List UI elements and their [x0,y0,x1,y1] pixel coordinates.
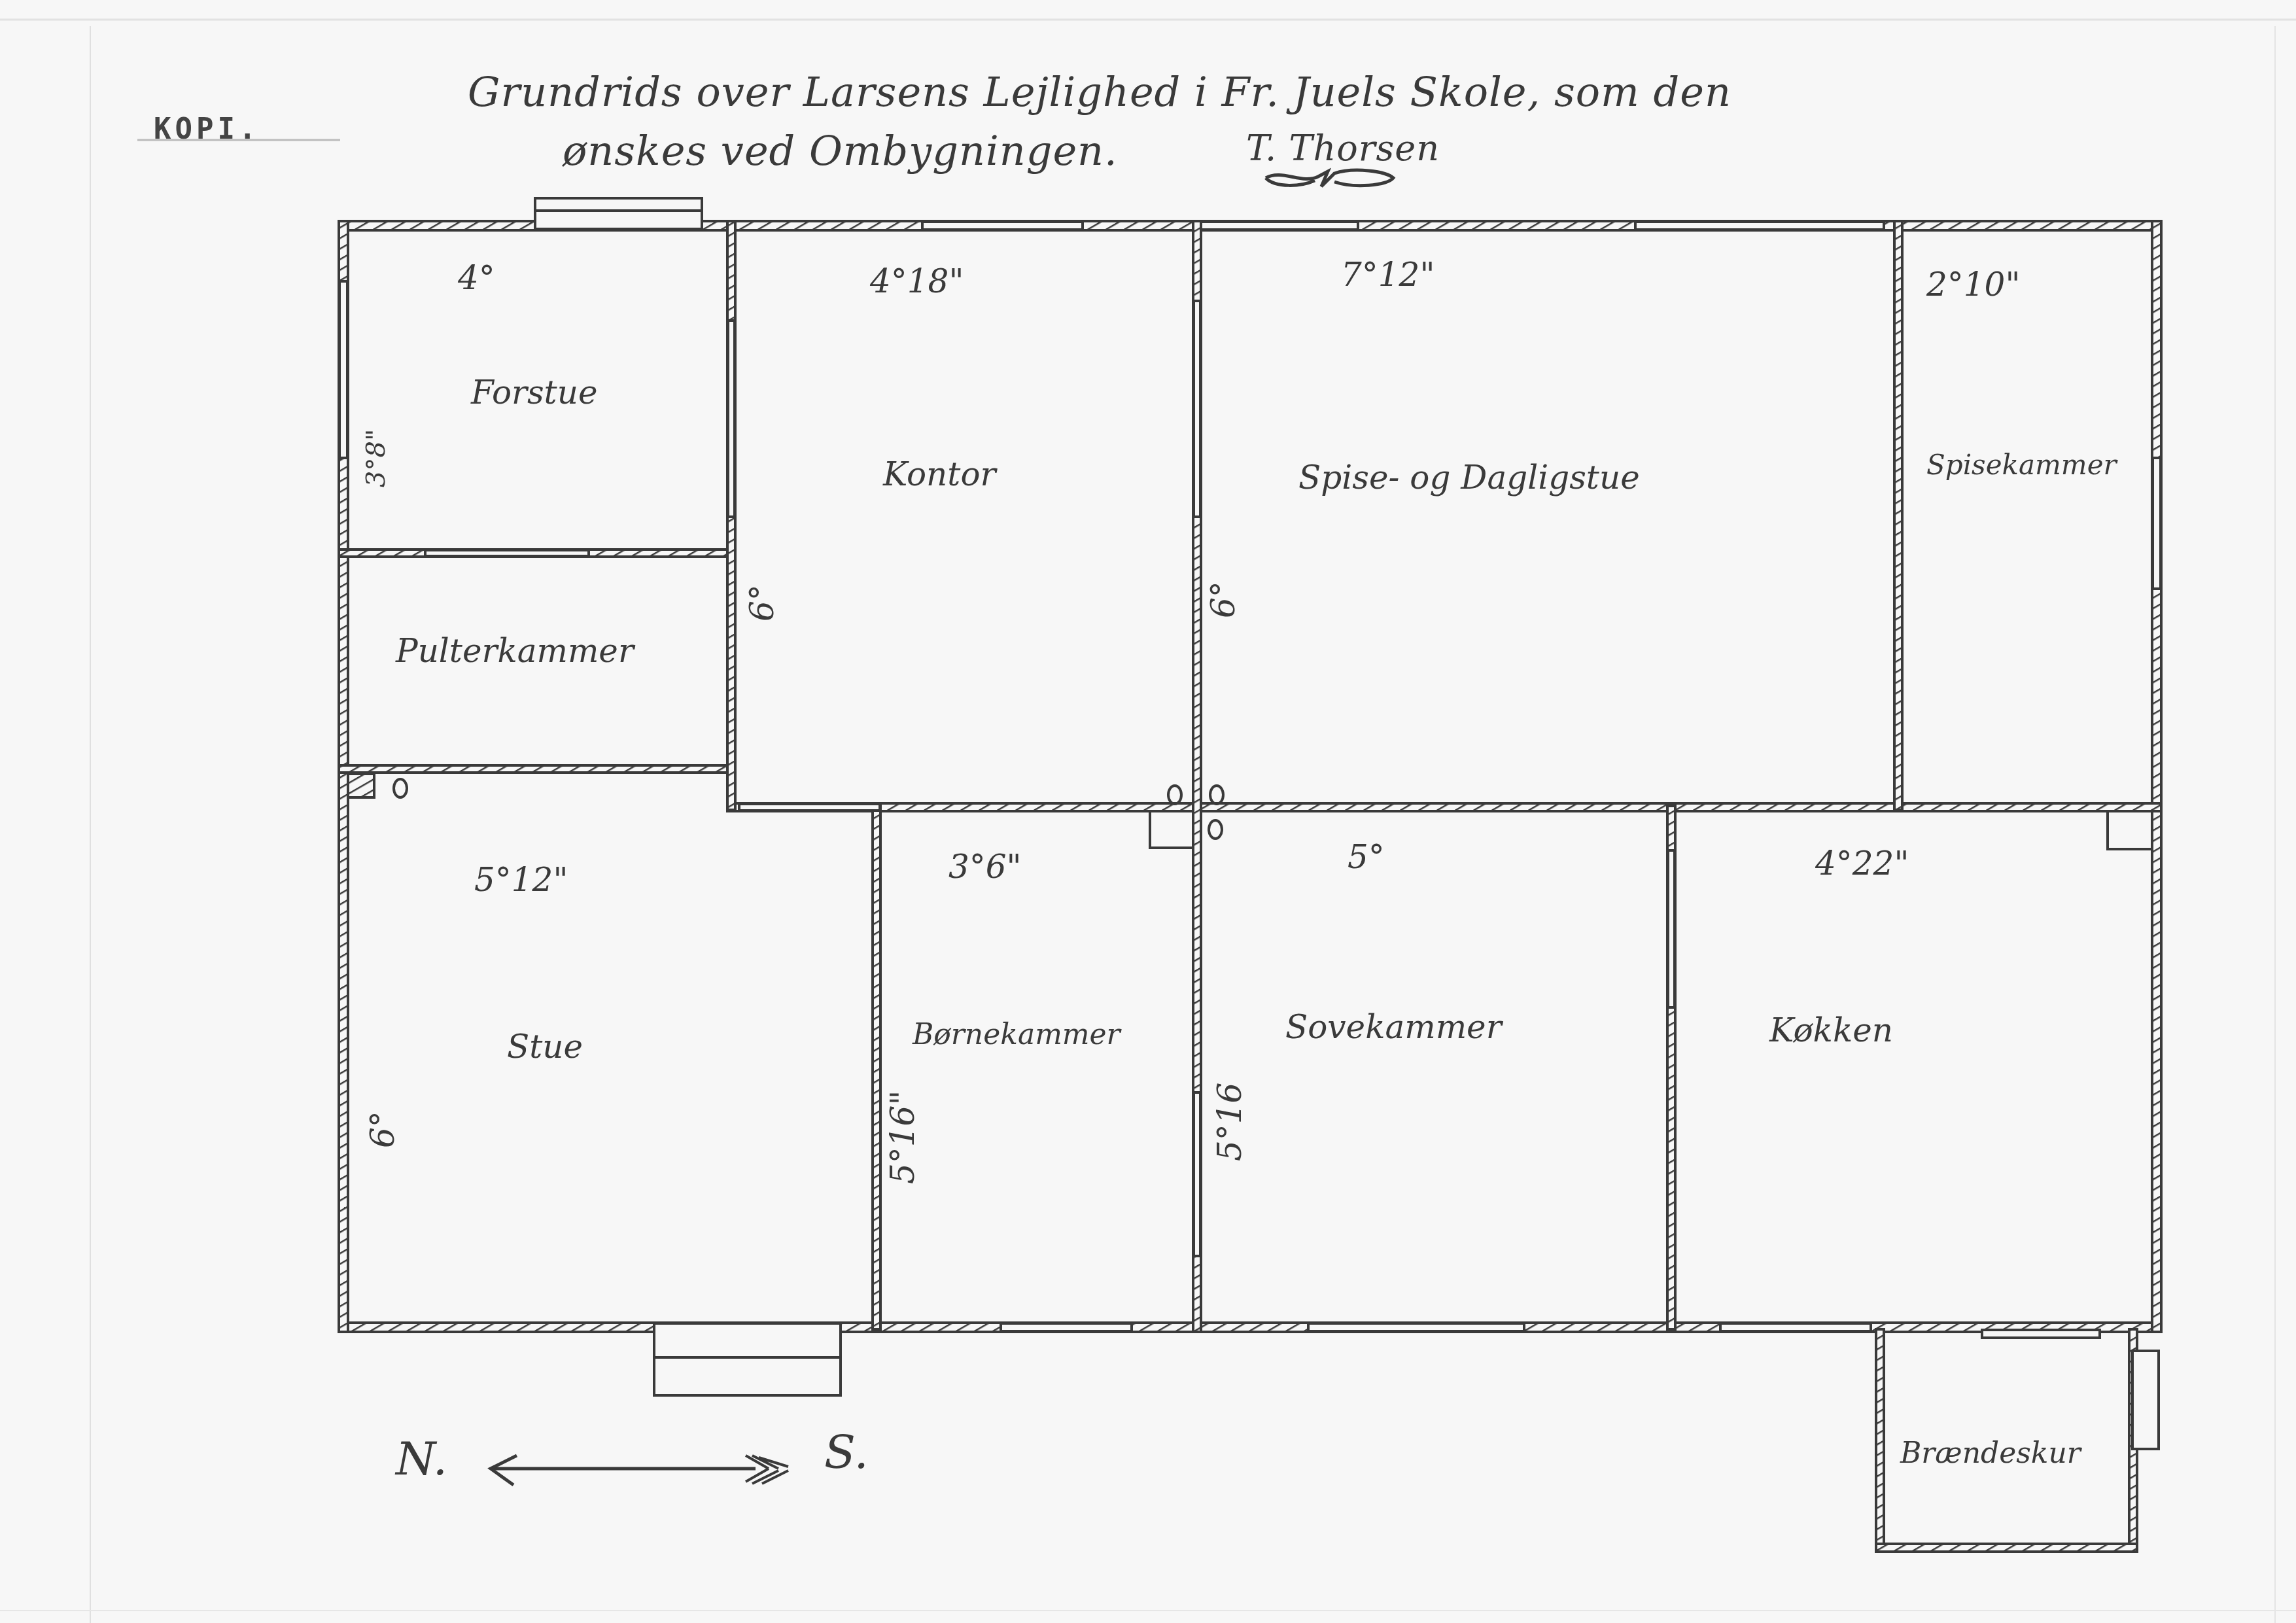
wall-bottom [339,1323,2161,1332]
dim-sovekammer-depth: 5°16 [1213,1083,1246,1161]
room-label-bornekammer: Børnekammer [913,1021,1121,1049]
room-label-kokken: Køkken [1769,1014,1893,1047]
window-bottom-sovekammer [1308,1323,1524,1331]
door-forstue-kontor [728,321,735,517]
room-label-spise-dagligstue: Spise- og Dagligstue [1298,461,1640,494]
window-top-dagligstue-left [1201,222,1358,230]
window-top-dagligstue [1635,222,1884,230]
dim-stue-width: 5°12" [474,864,568,896]
door-kontor-dagligstue [1194,301,1200,517]
dim-dagligstue-width: 7°12" [1341,258,1435,291]
chimney-center [1150,811,1193,848]
room-label-stue: Stue [507,1030,583,1063]
wall-pulterkammer-stue [339,765,731,773]
window-bottom-bornekammer [1001,1323,1132,1331]
window-top-kontor [922,222,1083,230]
dim-bornekammer-width: 3°6" [948,850,1022,883]
compass-north-label: N. [396,1436,447,1482]
wall-right [2152,221,2161,1332]
chimney-stue [348,774,374,797]
wall-shed-bottom [1876,1544,2137,1552]
room-label-sovekammer: Sovekammer [1285,1011,1502,1043]
window-spisekammer [2153,458,2161,589]
dim-forstue-depth: 3°8" [363,429,389,487]
window-top-forstue [535,198,702,229]
dim-kontor-width: 4°18" [870,265,964,298]
compass-south-label: S. [824,1429,869,1475]
dim-kontor-depth: 6° [746,584,778,621]
window-shed-top [1982,1330,2100,1338]
window-bottom-stue [654,1323,841,1395]
chimney-kokken [2108,811,2152,849]
room-label-spisekammer: Spisekammer [1926,451,2117,479]
wall-shed-left [1876,1329,1884,1550]
dim-kokken-width: 4°22" [1815,847,1909,880]
door-forstue-left [339,281,347,458]
dim-stue-depth: 6° [366,1111,399,1148]
wall-spisekammer-left [1894,221,1902,810]
room-label-kontor: Kontor [883,458,996,491]
door-sovekammer-kokken [1668,850,1675,1007]
dim-bornekammer-depth: 5°16" [886,1091,919,1184]
door-shed [2132,1351,2159,1449]
door-bornekammer-sovekammer [1194,1092,1200,1256]
room-label-pulterkammer: Pulterkammer [396,635,634,667]
floor-plan [0,0,2296,1623]
wall-center-horizontal [727,803,2161,811]
room-label-forstue: Forstue [471,376,598,409]
wall-bornekammer-left [873,806,880,1329]
window-bottom-kokken [1720,1323,1871,1331]
door-pulterkammer-bornekammer [739,804,880,811]
dim-spisekammer-width: 2°10" [1926,268,2020,301]
room-label-braendeskur: Brændeskur [1900,1439,2081,1468]
dim-sovekammer-width: 5° [1348,841,1385,873]
dim-dagligstue-depth: 6° [1207,581,1240,618]
door-pulterkammer [425,550,589,556]
dim-forstue-width: 4° [458,262,495,294]
